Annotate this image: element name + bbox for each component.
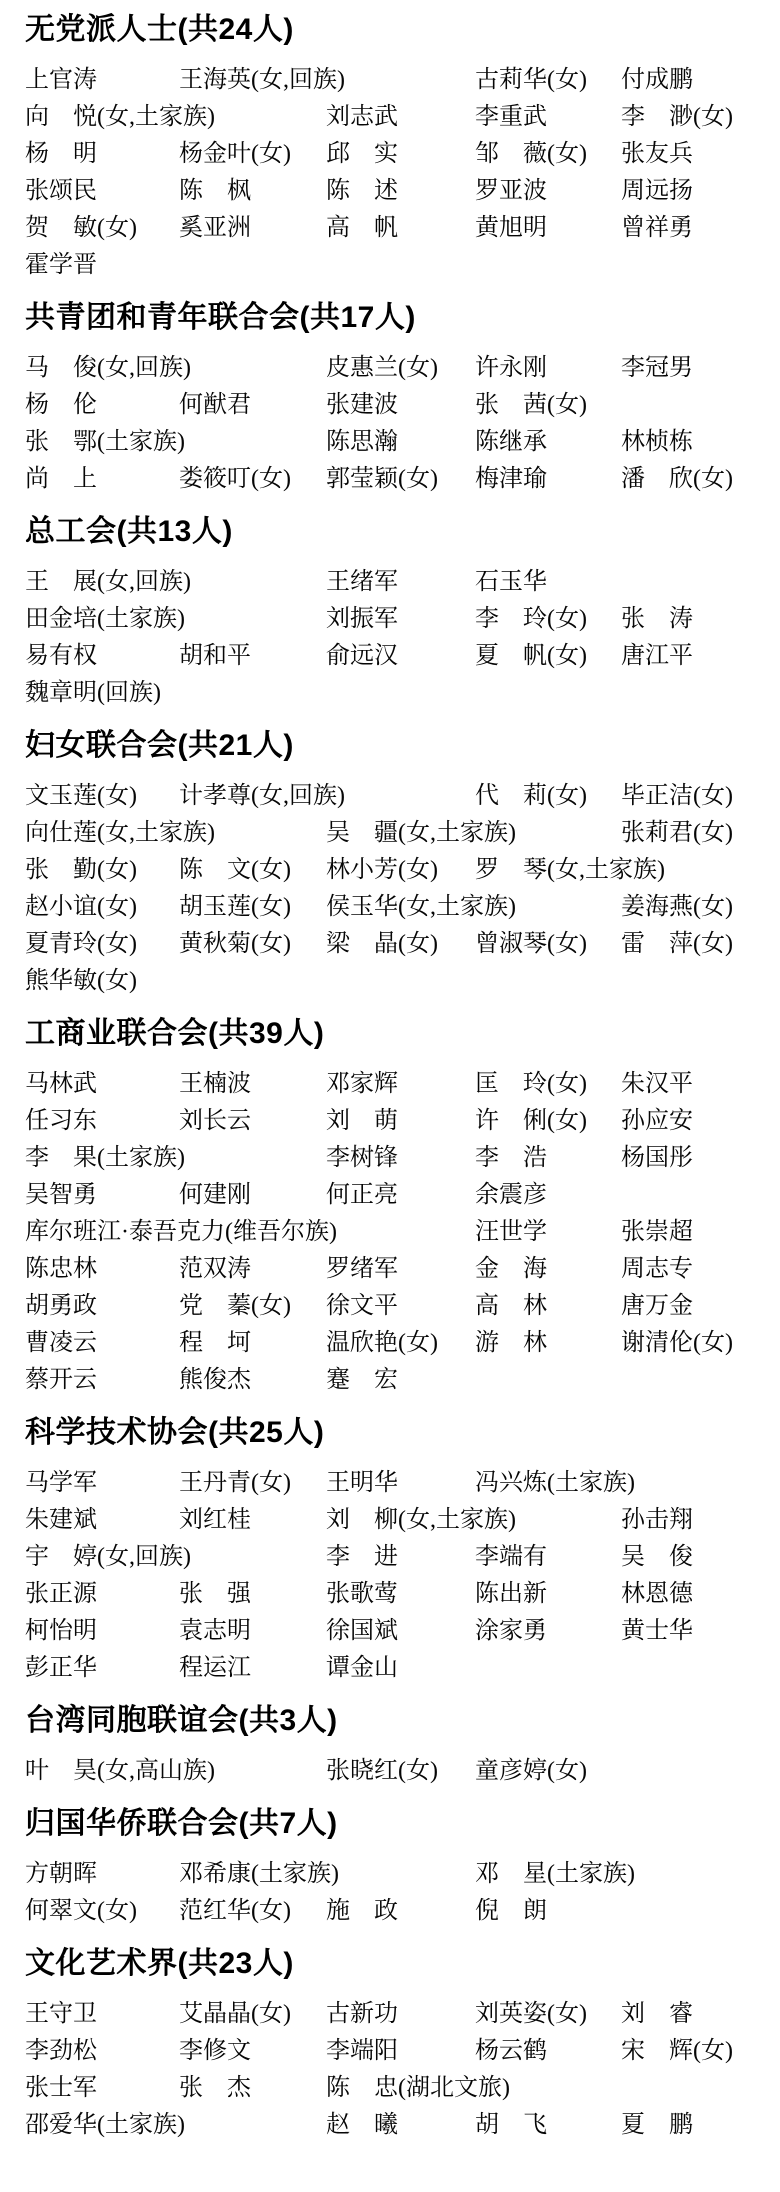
name-entry: 袁志明 xyxy=(179,1613,251,1650)
name-entry: 熊俊杰 xyxy=(179,1362,251,1399)
name-row: 张 勤(女)陈 文(女)林小芳(女)罗 琴(女,土家族) xyxy=(25,852,762,889)
name-entry: 张 涛 xyxy=(621,601,693,638)
name-entry: 艾晶晶(女) xyxy=(179,1996,291,2033)
name-entry: 张崇超 xyxy=(621,1214,693,1251)
name-entry: 任习东 xyxy=(25,1103,97,1140)
name-row: 彭正华程运江谭金山 xyxy=(25,1650,762,1687)
name-entry: 高 林 xyxy=(475,1288,547,1325)
name-entry: 马 俊(女,回族) xyxy=(25,350,191,387)
name-entry: 温欣艳(女) xyxy=(326,1325,438,1362)
name-row: 赵小谊(女)胡玉莲(女)侯玉华(女,土家族)姜海燕(女) xyxy=(25,889,762,926)
name-entry: 潘 欣(女) xyxy=(621,461,733,498)
name-row: 张 鄂(土家族)陈思瀚陈继承林桢栋 xyxy=(25,424,762,461)
name-entry: 周志专 xyxy=(621,1251,693,1288)
name-entry: 汪世学 xyxy=(475,1214,547,1251)
name-entry: 罗亚波 xyxy=(475,173,547,210)
name-row: 张士军张 杰陈 忠(湖北文旅) xyxy=(25,2070,762,2107)
name-entry: 邹 薇(女) xyxy=(475,136,587,173)
name-row: 张正源张 强张歌莺陈出新林恩德 xyxy=(25,1576,762,1613)
section-title: 科学技术协会(共25人) xyxy=(25,1415,762,1451)
name-entry: 何猷君 xyxy=(179,387,251,424)
name-entry: 蹇 宏 xyxy=(326,1362,398,1399)
name-entry: 易有权 xyxy=(25,638,97,675)
name-entry: 党 蓁(女) xyxy=(179,1288,291,1325)
name-entry: 李 渺(女) xyxy=(621,99,733,136)
name-entry: 蔡开云 xyxy=(25,1362,97,1399)
name-entry: 李 玲(女) xyxy=(475,601,587,638)
name-row: 宇 婷(女,回族)李 进李端有吴 俊 xyxy=(25,1539,762,1576)
name-entry: 古莉华(女) xyxy=(475,62,587,99)
name-entry: 付成鹏 xyxy=(621,62,693,99)
name-row: 王守卫艾晶晶(女)古新功刘英姿(女)刘 睿 xyxy=(25,1996,762,2033)
name-entry: 李 果(土家族) xyxy=(25,1140,185,1177)
name-entry: 计孝尊(女,回族) xyxy=(179,778,345,815)
name-entry: 梅津瑜 xyxy=(475,461,547,498)
name-row: 向 悦(女,土家族)刘志武李重武李 渺(女) xyxy=(25,99,762,136)
name-list-document: 无党派人士(共24人)上官涛王海英(女,回族)古莉华(女)付成鹏向 悦(女,土家… xyxy=(0,0,780,2168)
name-row: 张颂民陈 枫陈 述罗亚波周远扬 xyxy=(25,173,762,210)
name-entry: 胡和平 xyxy=(179,638,251,675)
name-entry: 石玉华 xyxy=(475,564,547,601)
name-entry: 张 强 xyxy=(179,1576,251,1613)
name-entry: 王丹青(女) xyxy=(179,1465,291,1502)
section-title: 工商业联合会(共39人) xyxy=(25,1016,762,1052)
name-row: 杨 伦何猷君张建波张 茜(女) xyxy=(25,387,762,424)
section-title: 共青团和青年联合会(共17人) xyxy=(25,300,762,336)
name-row: 上官涛王海英(女,回族)古莉华(女)付成鹏 xyxy=(25,62,762,99)
name-row: 库尔班江·泰吾克力(维吾尔族)汪世学张崇超 xyxy=(25,1214,762,1251)
name-entry: 杨 伦 xyxy=(25,387,97,424)
name-entry: 黄士华 xyxy=(621,1613,693,1650)
name-entry: 谭金山 xyxy=(326,1650,398,1687)
name-entry: 陈 文(女) xyxy=(179,852,291,889)
section: 总工会(共13人)王 展(女,回族)王绪军石玉华田金培(土家族)刘振军李 玲(女… xyxy=(25,514,762,712)
name-entry: 郭莹颖(女) xyxy=(326,461,438,498)
name-entry: 库尔班江·泰吾克力(维吾尔族) xyxy=(25,1214,337,1251)
name-row: 夏青玲(女)黄秋菊(女)梁 晶(女)曾淑琴(女)雷 萍(女) xyxy=(25,926,762,963)
name-entry: 程 坷 xyxy=(179,1325,251,1362)
name-entry: 张 杰 xyxy=(179,2070,251,2107)
name-row: 贺 敏(女)奚亚洲高 帆黄旭明曾祥勇 xyxy=(25,210,762,247)
name-entry: 匡 玲(女) xyxy=(475,1066,587,1103)
name-entry: 林恩德 xyxy=(621,1576,693,1613)
name-entry: 霍学晋 xyxy=(25,247,97,284)
name-entry: 孙应安 xyxy=(621,1103,693,1140)
name-entry: 孙击翔 xyxy=(621,1502,693,1539)
name-entry: 上官涛 xyxy=(25,62,97,99)
name-entry: 李重武 xyxy=(475,99,547,136)
name-entry: 尚 上 xyxy=(25,461,97,498)
name-entry: 张 鄂(土家族) xyxy=(25,424,185,461)
name-entry: 曾淑琴(女) xyxy=(475,926,587,963)
name-entry: 李修文 xyxy=(179,2033,251,2070)
section: 归国华侨联合会(共7人)方朝晖邓希康(土家族)邓 星(土家族)何翠文(女)范红华… xyxy=(25,1806,762,1930)
name-row: 何翠文(女)范红华(女)施 政倪 朗 xyxy=(25,1893,762,1930)
name-entry: 游 林 xyxy=(475,1325,547,1362)
name-entry: 皮惠兰(女) xyxy=(326,350,438,387)
name-entry: 田金培(土家族) xyxy=(25,601,185,638)
name-entry: 李树锋 xyxy=(326,1140,398,1177)
name-entry: 范双涛 xyxy=(179,1251,251,1288)
name-entry: 陈 述 xyxy=(326,173,398,210)
name-entry: 许永刚 xyxy=(475,350,547,387)
name-entry: 吴 俊 xyxy=(621,1539,693,1576)
name-entry: 余震彦 xyxy=(475,1177,547,1214)
name-entry: 朱汉平 xyxy=(621,1066,693,1103)
name-entry: 邓希康(土家族) xyxy=(179,1856,339,1893)
name-entry: 邱 实 xyxy=(326,136,398,173)
name-entry: 李 进 xyxy=(326,1539,398,1576)
name-row: 马 俊(女,回族)皮惠兰(女)许永刚李冠男 xyxy=(25,350,762,387)
name-entry: 李端阳 xyxy=(326,2033,398,2070)
name-entry: 赵 曦 xyxy=(326,2107,398,2144)
name-entry: 魏章明(回族) xyxy=(25,675,161,712)
name-entry: 张晓红(女) xyxy=(326,1753,438,1790)
name-entry: 涂家勇 xyxy=(475,1613,547,1650)
name-row: 文玉莲(女)计孝尊(女,回族)代 莉(女)毕正洁(女) xyxy=(25,778,762,815)
name-entry: 向 悦(女,土家族) xyxy=(25,99,215,136)
name-entry: 程运江 xyxy=(179,1650,251,1687)
name-entry: 曹凌云 xyxy=(25,1325,97,1362)
name-entry: 王楠波 xyxy=(179,1066,251,1103)
name-entry: 熊华敏(女) xyxy=(25,963,137,1000)
name-entry: 邓 星(土家族) xyxy=(475,1856,635,1893)
section: 妇女联合会(共21人)文玉莲(女)计孝尊(女,回族)代 莉(女)毕正洁(女)向仕… xyxy=(25,728,762,1000)
name-row: 李劲松李修文李端阳杨云鹤宋 辉(女) xyxy=(25,2033,762,2070)
name-row: 方朝晖邓希康(土家族)邓 星(土家族) xyxy=(25,1856,762,1893)
name-entry: 陈思瀚 xyxy=(326,424,398,461)
name-entry: 王绪军 xyxy=(326,564,398,601)
name-row: 朱建斌刘红桂刘 柳(女,土家族)孙击翔 xyxy=(25,1502,762,1539)
name-entry: 范红华(女) xyxy=(179,1893,291,1930)
name-entry: 周远扬 xyxy=(621,173,693,210)
name-row: 柯怡明袁志明徐国斌涂家勇黄士华 xyxy=(25,1613,762,1650)
name-entry: 陈出新 xyxy=(475,1576,547,1613)
name-entry: 梁 晶(女) xyxy=(326,926,438,963)
name-entry: 倪 朗 xyxy=(475,1893,547,1930)
name-entry: 徐国斌 xyxy=(326,1613,398,1650)
name-row: 魏章明(回族) xyxy=(25,675,762,712)
section: 工商业联合会(共39人)马林武王楠波邓家辉匡 玲(女)朱汉平任习东刘长云刘 萌许… xyxy=(25,1016,762,1399)
name-entry: 胡勇政 xyxy=(25,1288,97,1325)
name-row: 蔡开云熊俊杰蹇 宏 xyxy=(25,1362,762,1399)
name-row: 邵爱华(土家族)赵 曦胡 飞夏 鹏 xyxy=(25,2107,762,2144)
name-entry: 邵爱华(土家族) xyxy=(25,2107,185,2144)
name-entry: 邓家辉 xyxy=(326,1066,398,1103)
name-entry: 张莉君(女) xyxy=(621,815,733,852)
section-title: 文化艺术界(共23人) xyxy=(25,1946,762,1982)
name-row: 向仕莲(女,土家族)吴 疆(女,土家族)张莉君(女) xyxy=(25,815,762,852)
name-entry: 李端有 xyxy=(475,1539,547,1576)
name-entry: 刘 萌 xyxy=(326,1103,398,1140)
name-entry: 夏 帆(女) xyxy=(475,638,587,675)
name-row: 任习东刘长云刘 萌许 俐(女)孙应安 xyxy=(25,1103,762,1140)
name-entry: 刘 睿 xyxy=(621,1996,693,2033)
name-entry: 何翠文(女) xyxy=(25,1893,137,1930)
name-entry: 张建波 xyxy=(326,387,398,424)
name-entry: 何建刚 xyxy=(179,1177,251,1214)
name-entry: 刘振军 xyxy=(326,601,398,638)
name-entry: 杨金叶(女) xyxy=(179,136,291,173)
name-entry: 毕正洁(女) xyxy=(621,778,733,815)
name-entry: 雷 萍(女) xyxy=(621,926,733,963)
section-title: 归国华侨联合会(共7人) xyxy=(25,1806,762,1842)
name-entry: 王明华 xyxy=(326,1465,398,1502)
name-entry: 朱建斌 xyxy=(25,1502,97,1539)
name-entry: 黄旭明 xyxy=(475,210,547,247)
name-entry: 代 莉(女) xyxy=(475,778,587,815)
section: 文化艺术界(共23人)王守卫艾晶晶(女)古新功刘英姿(女)刘 睿李劲松李修文李端… xyxy=(25,1946,762,2144)
name-row: 马林武王楠波邓家辉匡 玲(女)朱汉平 xyxy=(25,1066,762,1103)
name-entry: 李 浩 xyxy=(475,1140,547,1177)
section: 共青团和青年联合会(共17人)马 俊(女,回族)皮惠兰(女)许永刚李冠男杨 伦何… xyxy=(25,300,762,498)
name-entry: 姜海燕(女) xyxy=(621,889,733,926)
name-row: 王 展(女,回族)王绪军石玉华 xyxy=(25,564,762,601)
name-entry: 罗 琴(女,土家族) xyxy=(475,852,665,889)
name-entry: 宇 婷(女,回族) xyxy=(25,1539,191,1576)
name-entry: 向仕莲(女,土家族) xyxy=(25,815,215,852)
name-entry: 贺 敏(女) xyxy=(25,210,137,247)
name-row: 尚 上娄筱叮(女)郭莹颖(女)梅津瑜潘 欣(女) xyxy=(25,461,762,498)
name-entry: 杨 明 xyxy=(25,136,97,173)
name-entry: 杨国彤 xyxy=(621,1140,693,1177)
name-entry: 杨云鹤 xyxy=(475,2033,547,2070)
section-title: 台湾同胞联谊会(共3人) xyxy=(25,1703,762,1739)
name-entry: 唐万金 xyxy=(621,1288,693,1325)
name-row: 叶 昊(女,高山族)张晓红(女)童彦婷(女) xyxy=(25,1753,762,1790)
name-entry: 林小芳(女) xyxy=(326,852,438,889)
name-entry: 宋 辉(女) xyxy=(621,2033,733,2070)
name-entry: 赵小谊(女) xyxy=(25,889,137,926)
name-row: 陈忠林范双涛罗绪军金 海周志专 xyxy=(25,1251,762,1288)
name-row: 田金培(土家族)刘振军李 玲(女)张 涛 xyxy=(25,601,762,638)
name-entry: 夏 鹏 xyxy=(621,2107,693,2144)
name-entry: 胡 飞 xyxy=(475,2107,547,2144)
name-entry: 黄秋菊(女) xyxy=(179,926,291,963)
section-title: 总工会(共13人) xyxy=(25,514,762,550)
name-entry: 施 政 xyxy=(326,1893,398,1930)
name-row: 熊华敏(女) xyxy=(25,963,762,1000)
name-row: 吴智勇何建刚何正亮余震彦 xyxy=(25,1177,762,1214)
name-entry: 吴智勇 xyxy=(25,1177,97,1214)
name-entry: 张歌莺 xyxy=(326,1576,398,1613)
name-entry: 罗绪军 xyxy=(326,1251,398,1288)
name-entry: 童彦婷(女) xyxy=(475,1753,587,1790)
name-entry: 冯兴炼(土家族) xyxy=(475,1465,635,1502)
name-entry: 刘英姿(女) xyxy=(475,1996,587,2033)
name-entry: 俞远汉 xyxy=(326,638,398,675)
name-entry: 古新功 xyxy=(326,1996,398,2033)
name-entry: 徐文平 xyxy=(326,1288,398,1325)
name-entry: 娄筱叮(女) xyxy=(179,461,291,498)
name-entry: 唐江平 xyxy=(621,638,693,675)
name-entry: 张 茜(女) xyxy=(475,387,587,424)
name-entry: 方朝晖 xyxy=(25,1856,97,1893)
name-entry: 侯玉华(女,土家族) xyxy=(326,889,516,926)
name-entry: 李冠男 xyxy=(621,350,693,387)
name-entry: 张正源 xyxy=(25,1576,97,1613)
name-entry: 李劲松 xyxy=(25,2033,97,2070)
name-entry: 王守卫 xyxy=(25,1996,97,2033)
name-entry: 马学军 xyxy=(25,1465,97,1502)
section: 无党派人士(共24人)上官涛王海英(女,回族)古莉华(女)付成鹏向 悦(女,土家… xyxy=(25,12,762,284)
name-entry: 吴 疆(女,土家族) xyxy=(326,815,516,852)
name-entry: 叶 昊(女,高山族) xyxy=(25,1753,215,1790)
name-row: 马学军王丹青(女)王明华冯兴炼(土家族) xyxy=(25,1465,762,1502)
name-entry: 夏青玲(女) xyxy=(25,926,137,963)
name-entry: 文玉莲(女) xyxy=(25,778,137,815)
name-entry: 王 展(女,回族) xyxy=(25,564,191,601)
name-entry: 陈继承 xyxy=(475,424,547,461)
name-entry: 张颂民 xyxy=(25,173,97,210)
section: 台湾同胞联谊会(共3人)叶 昊(女,高山族)张晓红(女)童彦婷(女) xyxy=(25,1703,762,1790)
name-entry: 张友兵 xyxy=(621,136,693,173)
name-row: 胡勇政党 蓁(女)徐文平高 林唐万金 xyxy=(25,1288,762,1325)
name-entry: 奚亚洲 xyxy=(179,210,251,247)
name-entry: 金 海 xyxy=(475,1251,547,1288)
name-row: 霍学晋 xyxy=(25,247,762,284)
section-title: 妇女联合会(共21人) xyxy=(25,728,762,764)
name-entry: 何正亮 xyxy=(326,1177,398,1214)
name-row: 曹凌云程 坷温欣艳(女)游 林谢清伦(女) xyxy=(25,1325,762,1362)
name-entry: 谢清伦(女) xyxy=(621,1325,733,1362)
name-entry: 林桢栋 xyxy=(621,424,693,461)
name-row: 易有权胡和平俞远汉夏 帆(女)唐江平 xyxy=(25,638,762,675)
name-entry: 刘红桂 xyxy=(179,1502,251,1539)
name-entry: 王海英(女,回族) xyxy=(179,62,345,99)
name-entry: 张士军 xyxy=(25,2070,97,2107)
name-entry: 彭正华 xyxy=(25,1650,97,1687)
name-entry: 刘长云 xyxy=(179,1103,251,1140)
name-entry: 陈 忠(湖北文旅) xyxy=(326,2070,510,2107)
name-entry: 柯怡明 xyxy=(25,1613,97,1650)
name-entry: 刘 柳(女,土家族) xyxy=(326,1502,516,1539)
name-row: 李 果(土家族)李树锋李 浩杨国彤 xyxy=(25,1140,762,1177)
section-title: 无党派人士(共24人) xyxy=(25,12,762,48)
name-entry: 胡玉莲(女) xyxy=(179,889,291,926)
name-entry: 高 帆 xyxy=(326,210,398,247)
name-entry: 许 俐(女) xyxy=(475,1103,587,1140)
name-entry: 马林武 xyxy=(25,1066,97,1103)
section: 科学技术协会(共25人)马学军王丹青(女)王明华冯兴炼(土家族)朱建斌刘红桂刘 … xyxy=(25,1415,762,1687)
name-row: 杨 明杨金叶(女)邱 实邹 薇(女)张友兵 xyxy=(25,136,762,173)
name-entry: 陈 枫 xyxy=(179,173,251,210)
name-entry: 陈忠林 xyxy=(25,1251,97,1288)
name-entry: 张 勤(女) xyxy=(25,852,137,889)
name-entry: 曾祥勇 xyxy=(621,210,693,247)
name-entry: 刘志武 xyxy=(326,99,398,136)
